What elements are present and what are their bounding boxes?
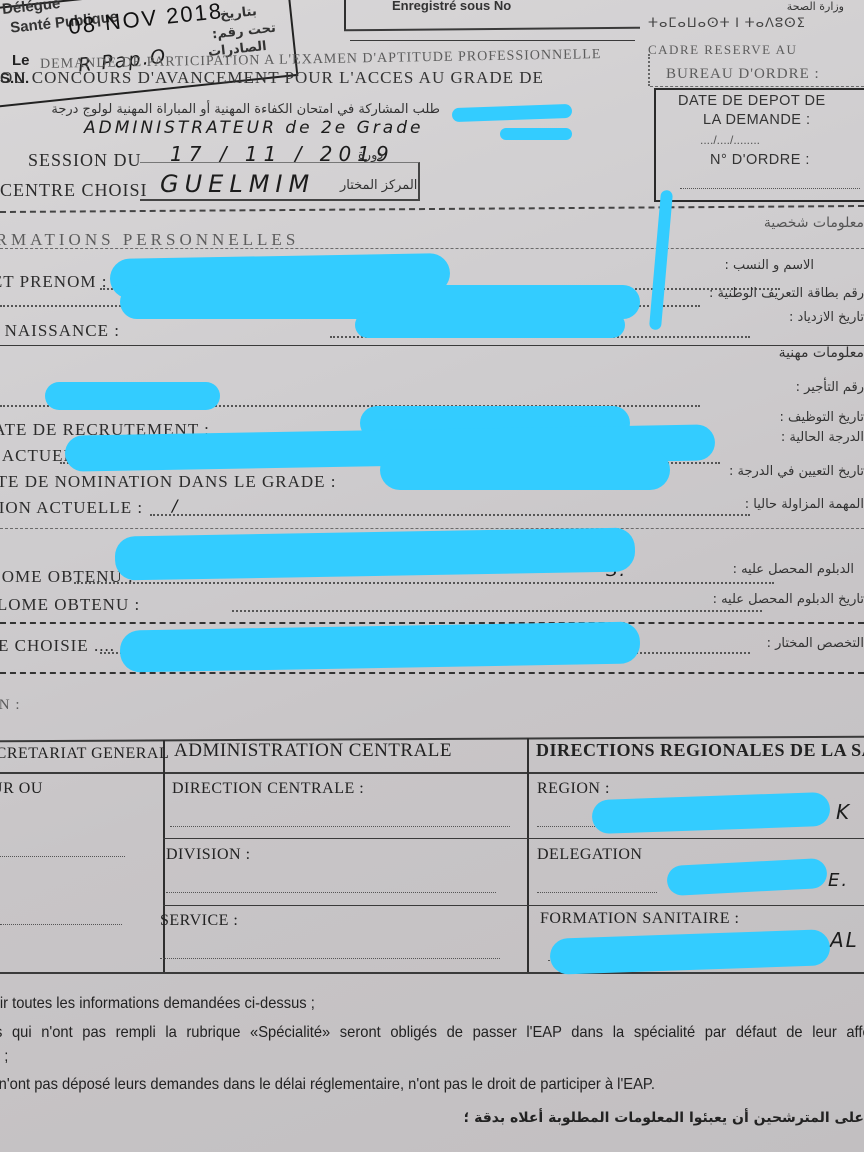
- note-2: Les candidats qui n'ont pas rempli la ru…: [0, 1024, 864, 1042]
- section-personal-arabic: معلومات شخصية: [764, 215, 864, 231]
- delegation-label: DELEGATION: [537, 846, 642, 864]
- field-label: FONCTION ACTUELLE :: [0, 498, 143, 518]
- redaction-mark: [355, 312, 625, 338]
- field-line[interactable]: [150, 514, 750, 516]
- redaction-mark: [380, 450, 670, 490]
- ministry-tifinagh: ⵜⴰⵎⴰⵡⴰⵙⵜ ⵏ ⵜⴰⴷⵓⵙⵉ: [648, 15, 806, 31]
- redaction-mark: [591, 792, 830, 834]
- field-label: NOM ET PRENOM :: [0, 272, 107, 292]
- order-number-field[interactable]: [680, 188, 860, 189]
- redaction-mark: [649, 190, 673, 331]
- redaction-mark: [500, 128, 572, 140]
- affectation-label: AFFECTATION :: [0, 697, 21, 714]
- redaction-mark: [666, 858, 827, 896]
- field-arabic: تاريخ الدبلوم المحصل عليه :: [713, 592, 864, 607]
- field-arabic: الدرجة الحالية :: [781, 430, 864, 445]
- formation-sanitaire-value[interactable]: AL: [830, 928, 859, 952]
- field-label: DATE DU DIPLOME OBTENU :: [0, 595, 140, 615]
- centre-value[interactable]: GUELMIM: [160, 170, 315, 198]
- service-label: SERVICE :: [160, 912, 238, 930]
- registration-text: Enregistré sous No: [392, 0, 511, 13]
- redaction-mark: [549, 929, 830, 975]
- date-depot-value[interactable]: ..../..../........: [700, 133, 760, 147]
- date-depot-label2: LA DEMANDE :: [703, 112, 811, 128]
- col-secretariat-header: SECRETARIAT GENERAL: [0, 745, 169, 763]
- note-1: Le candidat est prié de remplir toutes l…: [0, 995, 315, 1013]
- field-arabic: رقم بطاقة التعريف الوطنية :: [709, 286, 864, 301]
- section-personal-title: INFORMATIONS PERSONNELLES: [0, 230, 299, 250]
- redaction-mark: [120, 621, 641, 672]
- stamp-line3: Le: [12, 52, 30, 69]
- session-label: SESSION DU: [28, 150, 142, 171]
- order-number-label: N° D'ORDRE :: [710, 152, 810, 168]
- col1-line[interactable]: [0, 856, 125, 857]
- redaction-mark: [45, 382, 220, 410]
- field-arabic: المهمة المزاولة حاليا :: [745, 497, 864, 512]
- field-arabic: تاريخ التعيين في الدرجة :: [729, 464, 864, 479]
- col-regional-header: DIRECTIONS REGIONALES DE LA SANTE: [536, 740, 864, 761]
- formation-sanitaire-label: FORMATION SANITAIRE :: [540, 910, 739, 928]
- field-value[interactable]: /: [172, 496, 179, 515]
- division-label: DIVISION :: [166, 846, 251, 864]
- region-label: REGION :: [537, 780, 610, 798]
- form-title-line2: OU CONCOURS D'AVANCEMENT POUR L'ACCES AU…: [0, 68, 544, 88]
- field-line[interactable]: [74, 582, 774, 584]
- field-arabic: التخصص المختار :: [767, 636, 864, 651]
- section-professional-arabic: معلومات مهنية: [779, 345, 864, 361]
- bureau-title: BUREAU D'ORDRE :: [666, 66, 820, 83]
- session-arabic: دورة: [358, 148, 383, 163]
- service-field[interactable]: [160, 958, 500, 959]
- field-label: DIPLOME OBTENU :: [0, 567, 134, 587]
- centre-label: CENTRE CHOISI: [0, 180, 148, 201]
- redaction-mark: [115, 527, 636, 580]
- centre-arabic: المركز المختار: [340, 178, 417, 193]
- form-title-arabic: طلب المشاركة في امتحان الكفاءة المهنية أ…: [10, 100, 440, 120]
- field-label: DATE DE NAISSANCE :: [0, 321, 120, 341]
- redaction-mark: [452, 104, 572, 122]
- field-arabic: رقم التأجير :: [796, 380, 864, 395]
- delegation-value[interactable]: E.: [828, 870, 849, 891]
- date-depot-label: DATE DE DEPOT DE: [678, 93, 826, 109]
- field-arabic: الدبلوم المحصل عليه :: [733, 562, 854, 577]
- col-administration-header: ADMINISTRATION CENTRALE: [174, 740, 452, 762]
- direction-centrale-label: DIRECTION CENTRALE :: [172, 780, 364, 798]
- note-2-end: n ;: [0, 1048, 8, 1066]
- field-label: DATE DE NOMINATION DANS LE GRADE :: [0, 472, 337, 492]
- col1-row1: DIRECTEUR OU: [0, 780, 43, 798]
- field-line[interactable]: [232, 610, 762, 612]
- col1-line[interactable]: [0, 924, 122, 925]
- note-arabic: على المترشحين أن يعبئوا المعلومات المطلو…: [464, 1110, 864, 1126]
- region-value[interactable]: K: [836, 800, 851, 824]
- field-arabic: تاريخ الازدياد :: [789, 310, 864, 325]
- delegation-field[interactable]: [537, 892, 657, 893]
- ministry-arabic: وزارة الصحة: [787, 0, 844, 13]
- field-arabic: الاسم و النسب :: [725, 258, 814, 273]
- field-arabic: تاريخ التوظيف :: [780, 410, 864, 425]
- field-label: SPECIALITE CHOISIE ....: [0, 636, 115, 656]
- grade-value[interactable]: ADMINISTRATEUR de 2e Grade: [84, 118, 423, 138]
- direction-centrale-field[interactable]: [170, 826, 510, 827]
- note-3: Les candidats qui n'ont pas déposé leurs…: [0, 1076, 655, 1094]
- division-field[interactable]: [166, 892, 496, 893]
